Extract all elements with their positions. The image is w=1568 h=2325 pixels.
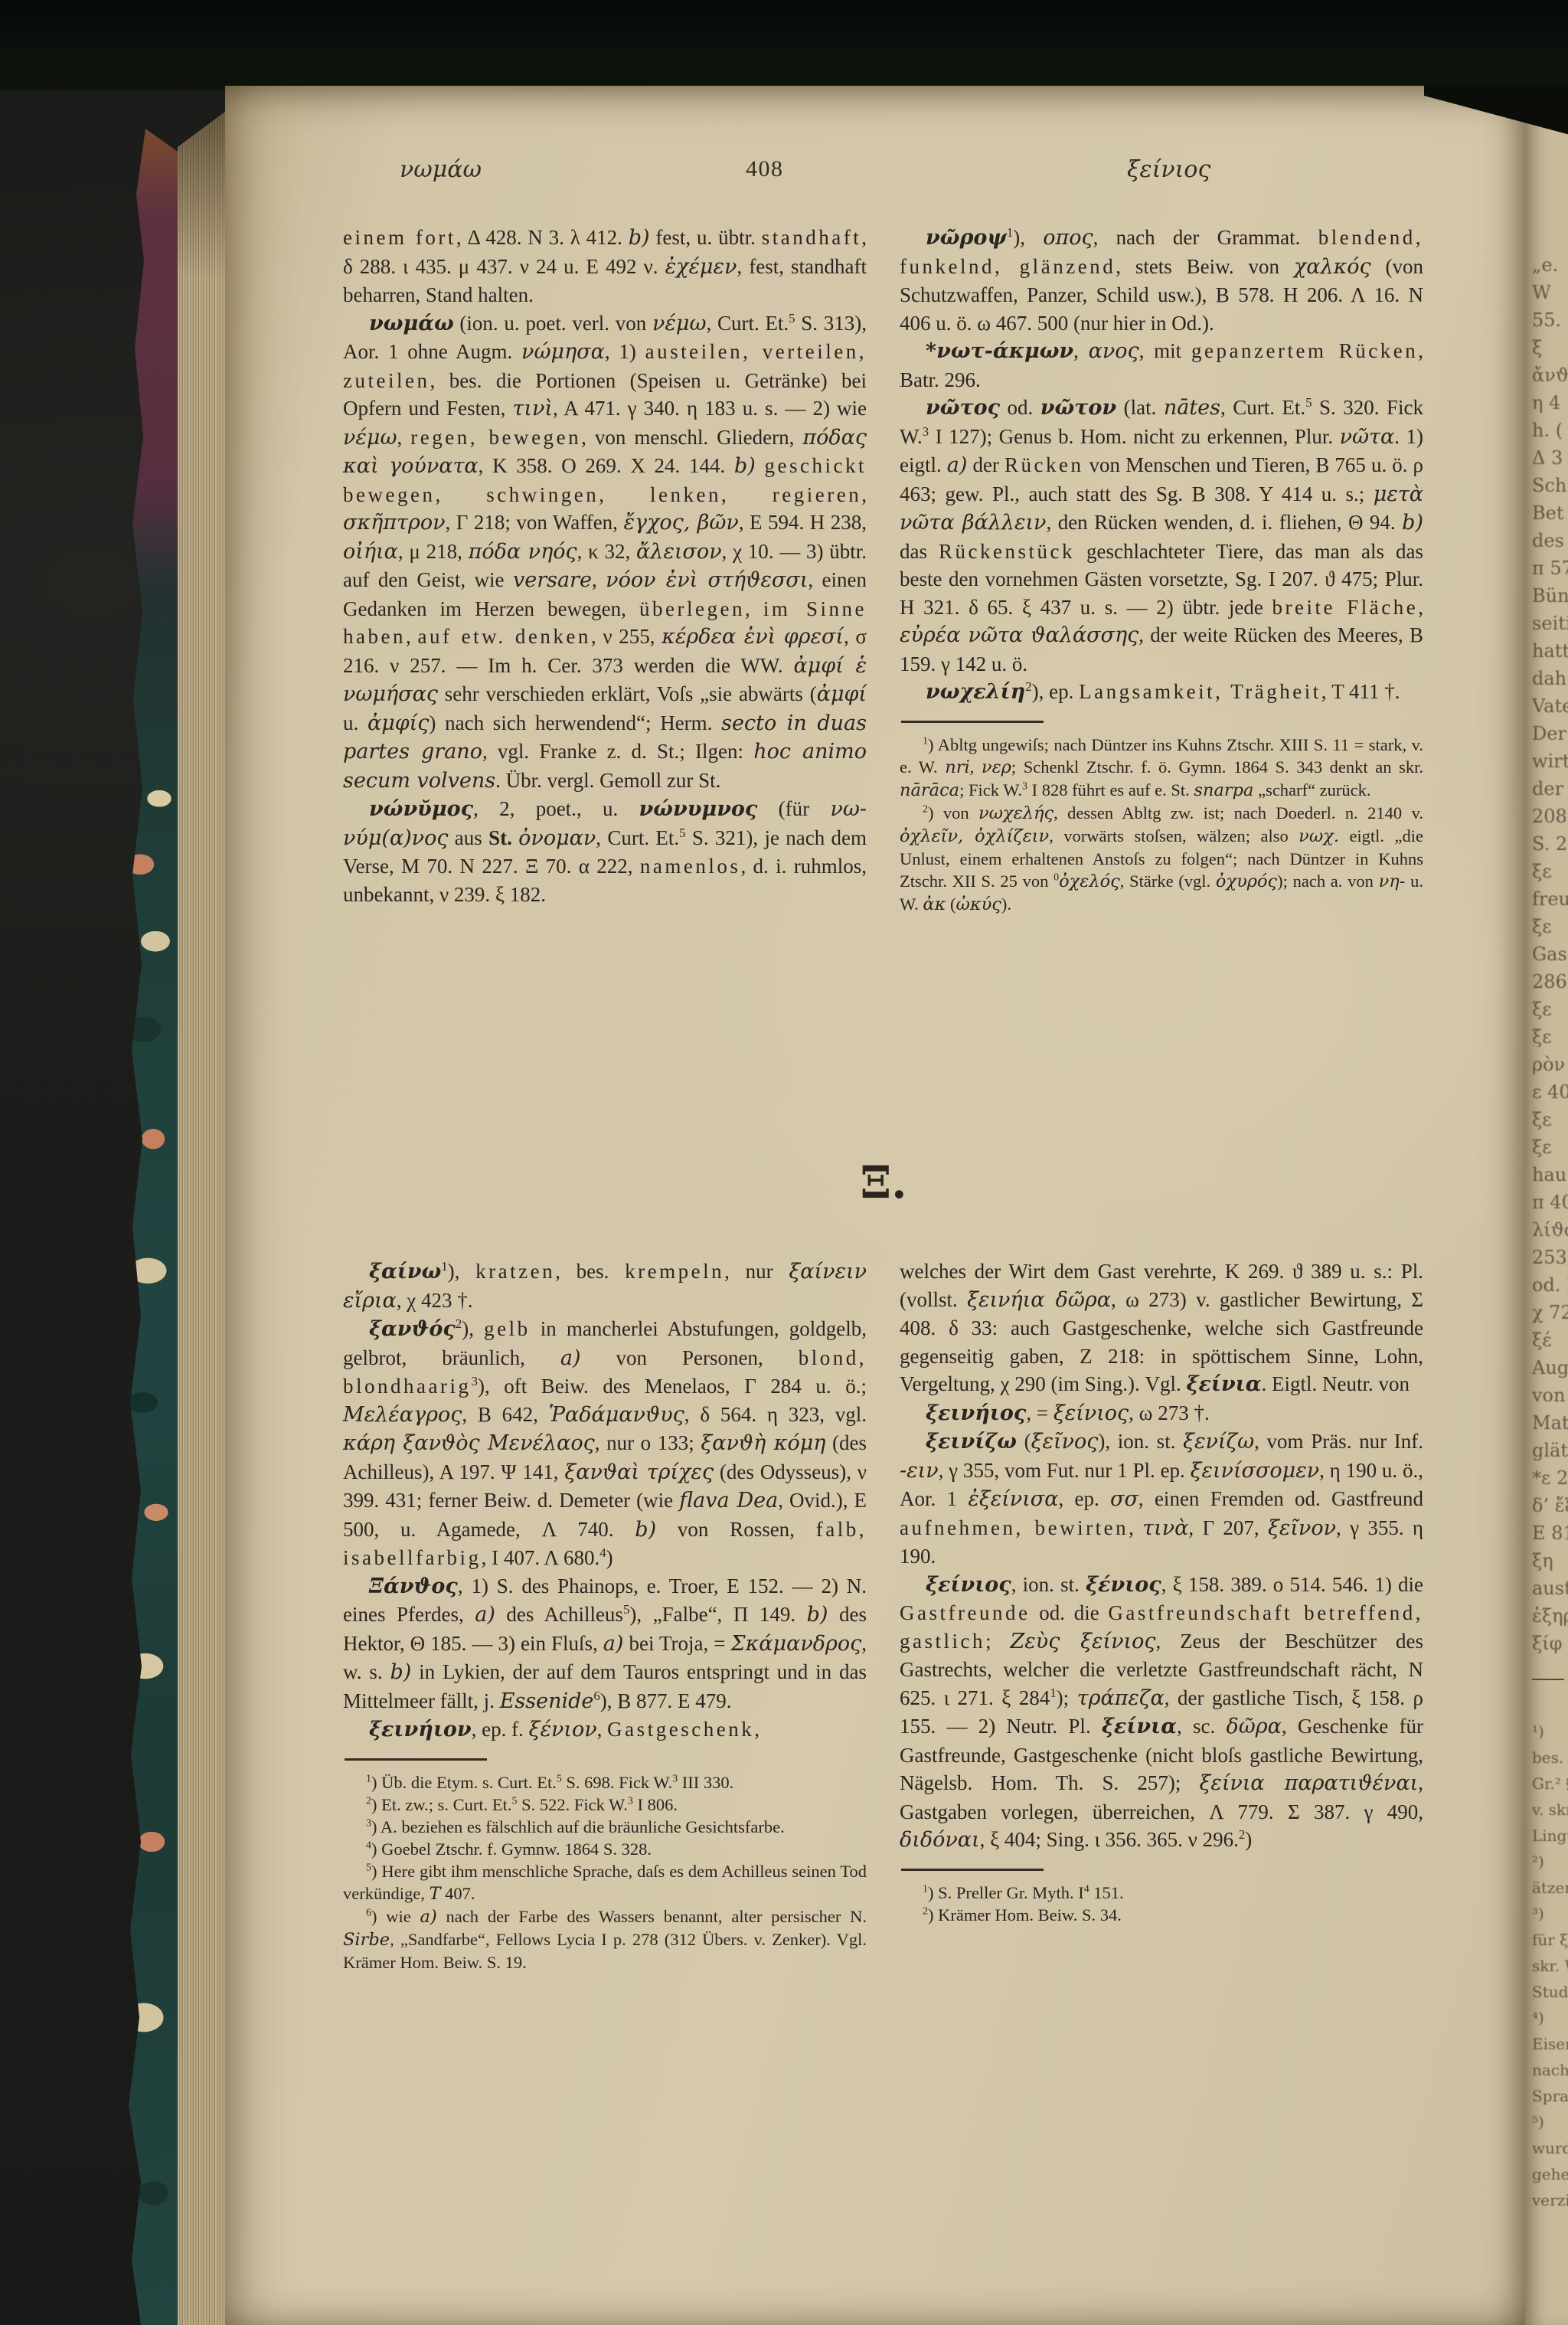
edge-text-fragment: ξη bbox=[1532, 1547, 1568, 1575]
text-segment: ἀμφίς bbox=[367, 711, 429, 735]
text-segment: 1 bbox=[923, 1883, 928, 1895]
edge-text-fragment: ρὸν bbox=[1532, 1051, 1568, 1078]
text-segment: ) bbox=[606, 1546, 613, 1569]
text-segment: 3 bbox=[923, 424, 929, 439]
text-segment: ) Üb. die Etym. s. Curt. Et. bbox=[371, 1773, 557, 1792]
text-segment: ξαίνω bbox=[369, 1260, 441, 1283]
text-segment: ἐξείνισα bbox=[968, 1487, 1058, 1511]
footnotes: 1) Abltg ungewiſs; nach Düntzer ins Kuhn… bbox=[900, 734, 1423, 916]
text-segment: 1 bbox=[923, 735, 928, 747]
text-segment: 3 bbox=[366, 1817, 371, 1829]
text-segment: 2 bbox=[1025, 679, 1031, 694]
text-segment: od. die bbox=[1031, 1601, 1109, 1624]
text-segment: Gastfreunde bbox=[900, 1601, 1031, 1624]
text-segment: 2 bbox=[366, 1795, 371, 1807]
edge-text-fragment: ἄνϑ bbox=[1532, 361, 1568, 389]
footnote-rule bbox=[901, 1869, 1044, 1871]
text-segment: ) Here gibt ihm menschliche Sprache, daſ… bbox=[343, 1862, 867, 1903]
header-right-keyword: ξείνιος bbox=[1127, 156, 1210, 183]
text-segment: nach der Farbe des Wassers benannt, alte… bbox=[437, 1907, 867, 1926]
text-segment: νωχελίη bbox=[926, 680, 1025, 704]
text-segment: , ep. bbox=[1058, 1487, 1110, 1510]
column-bottom-left: ξαίνω1), kratzen, bes. krempeln, nur ξαί… bbox=[343, 1257, 867, 1973]
text-segment: , bbox=[1129, 1516, 1142, 1539]
text-segment: ἔγχος, βῶν bbox=[623, 511, 738, 535]
text-segment: ὀχελός bbox=[1059, 871, 1120, 891]
text-segment: , Κ 358. Ο 269. Χ 24. 144. bbox=[479, 454, 734, 477]
text-segment: I 828 führt es auf e. St. bbox=[1027, 780, 1194, 800]
text-segment: ) wie bbox=[371, 1907, 420, 1926]
text-segment: , χ 423 †. bbox=[397, 1289, 473, 1312]
edge-text-fragment: Gr.² § bbox=[1532, 1771, 1568, 1797]
text-segment: , bes. bbox=[555, 1260, 625, 1283]
text-segment: ξείνιος bbox=[926, 1573, 1011, 1597]
footnote: 4) Goebel Ztschr. f. Gymnw. 1864 S. 328. bbox=[343, 1838, 867, 1860]
text-segment: namenlos bbox=[640, 855, 741, 878]
text-segment: ξανϑὴ κόμη bbox=[701, 1431, 825, 1455]
text-segment: 6 bbox=[366, 1907, 371, 1918]
edge-text-fragment: η 4 bbox=[1532, 389, 1568, 417]
text-segment: , bbox=[597, 1718, 608, 1741]
text-segment: ξείνια bbox=[1102, 1715, 1177, 1738]
edge-text-fragment: 208. bbox=[1532, 803, 1568, 830]
edge-text-fragment: ³) bbox=[1532, 1901, 1568, 1927]
text-segment: ) Et. zw.; s. Curt. Et. bbox=[371, 1795, 512, 1814]
text-segment: , Τ 411 †. bbox=[1321, 680, 1400, 703]
edge-text-fragment: W bbox=[1532, 279, 1568, 306]
edge-text-fragment: *ε 24 bbox=[1532, 1464, 1568, 1492]
text-segment: δῶρα bbox=[1226, 1715, 1281, 1738]
edge-text-fragment: ξε bbox=[1532, 1133, 1568, 1161]
edge-text-fragment: Mate bbox=[1532, 1409, 1568, 1437]
edge-text-fragment: v. skr. bbox=[1532, 1797, 1568, 1823]
text-segment: ), „Falbe“, Π 149. bbox=[629, 1603, 806, 1626]
text-segment: ) bbox=[1245, 1828, 1252, 1851]
edge-text-fragment: ¹) bbox=[1532, 1718, 1568, 1745]
text-segment: , bbox=[1418, 596, 1423, 619]
text-segment: auf etw. denken bbox=[417, 625, 590, 648]
text-segment: nātes bbox=[1164, 396, 1220, 420]
dictionary-paragraph: welches der Wirt dem Gast verehrte, Κ 26… bbox=[900, 1257, 1423, 1399]
entry-paragraphs: νῶροψ1), οπος, nach der Grammat. blenden… bbox=[900, 224, 1423, 707]
text-segment: , sc. bbox=[1177, 1715, 1226, 1738]
text-segment: ξανϑαὶ τρίχες bbox=[564, 1460, 714, 1484]
column-top-left: einem fort, Δ 428. Ν 3. λ 412. b) fest, … bbox=[343, 224, 867, 908]
text-segment: , bbox=[745, 597, 763, 620]
edge-text-fragment: ξέ bbox=[1532, 1326, 1568, 1354]
text-segment: , Stärke (vgl. bbox=[1120, 871, 1216, 891]
text-segment: , ν 255, bbox=[591, 625, 661, 648]
text-segment: b) bbox=[734, 454, 756, 478]
edge-text-fragment: Stud. Ι bbox=[1532, 1979, 1568, 2005]
edge-text-fragment: verzier bbox=[1532, 2187, 1568, 2213]
text-segment: τράπεζα bbox=[1077, 1686, 1165, 1710]
text-segment: a) bbox=[420, 1907, 437, 1927]
entry-paragraphs: ξαίνω1), kratzen, bes. krempeln, nur ξαί… bbox=[343, 1257, 867, 1745]
dictionary-paragraph: νώνῠμος, 2, poet., u. νώνυμνος (für νω-ν… bbox=[343, 795, 867, 908]
edge-text-fragment: od. Ε bbox=[1532, 1271, 1568, 1299]
text-segment: , 2, poet., u. bbox=[473, 797, 639, 820]
text-segment: der bbox=[967, 453, 1004, 476]
text-segment: gepanzertem Rücken bbox=[1191, 339, 1418, 362]
edge-text-fragment: Vate bbox=[1532, 692, 1568, 720]
text-segment: , Curt. Et. bbox=[596, 826, 679, 849]
entry-paragraphs: welches der Wirt dem Gast verehrte, Κ 26… bbox=[900, 1257, 1423, 1855]
edge-text-fragment: ätzend bbox=[1532, 1875, 1568, 1901]
text-segment: ), bbox=[462, 1317, 484, 1340]
text-segment: (lat. bbox=[1116, 396, 1164, 419]
text-segment: ; Fick W. bbox=[959, 780, 1022, 800]
text-segment: Μελέαγρος bbox=[343, 1403, 462, 1427]
text-segment: T bbox=[429, 1884, 440, 1904]
text-segment: „scharf“ zurück. bbox=[1253, 780, 1370, 800]
marbled-cover-edge bbox=[106, 129, 182, 2325]
text-segment: διδόναι bbox=[900, 1828, 980, 1852]
text-segment: gelb bbox=[484, 1317, 531, 1340]
text-segment: überlegen bbox=[639, 597, 745, 620]
text-segment: , ep. f. bbox=[472, 1718, 529, 1741]
text-segment: ( bbox=[946, 894, 955, 914]
text-segment: , nach der Grammat. bbox=[1093, 226, 1318, 249]
text-segment: 151. bbox=[1089, 1883, 1124, 1902]
edge-text-fragment: ξ bbox=[1532, 334, 1568, 361]
edge-text-fragment: Augm bbox=[1532, 1354, 1568, 1382]
text-segment: kratzen bbox=[475, 1260, 555, 1283]
text-segment: σκῆπτρον bbox=[343, 511, 446, 535]
text-segment: πόδα νηός bbox=[469, 540, 577, 564]
text-segment: νώνῠμος bbox=[369, 797, 473, 821]
footnotes: 1) Üb. die Etym. s. Curt. Et.5 S. 698. F… bbox=[343, 1771, 867, 1973]
text-segment: S. 698. Fick W. bbox=[562, 1773, 672, 1792]
text-segment: , vorwärts stoſsen, wälzen; also bbox=[1049, 826, 1298, 845]
text-segment: , bbox=[397, 426, 410, 449]
text-segment: ); nach a. von bbox=[1277, 871, 1378, 891]
edge-text-fragment: wurde bbox=[1532, 2135, 1568, 2161]
text-segment: , bbox=[1073, 339, 1089, 362]
text-segment: , κ 32, bbox=[577, 540, 636, 563]
edge-text-fragment: π 57 bbox=[1532, 554, 1568, 582]
dictionary-paragraph: νωχελίη2), ep. Langsamkeit, Trägheit, Τ … bbox=[900, 678, 1423, 707]
text-segment: , Curt. Et. bbox=[706, 312, 789, 335]
edge-text-fragment: Ε 81. bbox=[1532, 1519, 1568, 1547]
dictionary-paragraph: νωμάω (ion. u. poet. verl. von νέμω, Cur… bbox=[343, 309, 867, 796]
dictionary-paragraph: νῶροψ1), οπος, nach der Grammat. blenden… bbox=[900, 224, 1423, 337]
edge-text-fragment: des bbox=[1532, 527, 1568, 554]
text-segment: das bbox=[900, 540, 939, 563]
text-segment: νώνυμνος bbox=[639, 797, 758, 821]
edge-text-fragment: Lingui bbox=[1532, 1823, 1568, 1849]
text-segment: νῶτος bbox=[926, 396, 1000, 420]
text-segment: a) bbox=[475, 1603, 495, 1627]
text-segment: , ξ 404; Sing. ι 356. 365. ν 296. bbox=[980, 1828, 1239, 1851]
next-page-edge: „e.W55.ξἄνϑη 4h. (Δ 3SchBetdesπ 57Bünsei… bbox=[1525, 112, 1568, 2325]
dictionary-page: νωμάω 408 ξείνιος einem fort, Δ 428. Ν 3… bbox=[225, 86, 1525, 2325]
dictionary-paragraph: ξεινίζω (ξεῖνος), ion. st. ξενίζω, vom P… bbox=[900, 1427, 1423, 1571]
edge-text-fragment: ξε bbox=[1532, 913, 1568, 940]
edge-text-fragment: S. 2 bbox=[1532, 830, 1568, 858]
text-segment: , bbox=[406, 625, 417, 648]
dictionary-paragraph: νῶτος od. νῶτον (lat. nātes, Curt. Et.5 … bbox=[900, 394, 1423, 678]
text-segment: 5 bbox=[1305, 395, 1312, 410]
text-segment: κέρδεα ἐνὶ φρεσί bbox=[661, 625, 844, 649]
text-segment: 1 bbox=[441, 1259, 447, 1274]
text-segment: νωμάω bbox=[369, 312, 454, 335]
footnote: 1) Üb. die Etym. s. Curt. Et.5 S. 698. F… bbox=[343, 1771, 867, 1794]
footnote: 1) S. Preller Gr. Myth. I4 151. bbox=[900, 1882, 1423, 1904]
text-segment: 407. bbox=[440, 1884, 475, 1903]
text-segment: des Achilleus bbox=[495, 1603, 623, 1626]
dictionary-paragraph: Ξάνϑος, 1) S. des Phainops, e. Troer, Ε … bbox=[343, 1572, 867, 1716]
text-segment: b) bbox=[390, 1660, 411, 1684]
text-segment: sehr verschieden erklärt, Voſs „sie abwä… bbox=[438, 682, 817, 705]
text-segment: , vgl. Franke z. d. St.; Ilgen: bbox=[482, 740, 753, 763]
text-segment: σσ bbox=[1110, 1487, 1138, 1511]
dictionary-paragraph: ξείνιος, ion. st. ξένιος, ξ 158. 389. ο … bbox=[900, 1571, 1423, 1855]
edge-text-fragment: ε 40 bbox=[1532, 1078, 1568, 1106]
edge-text-fragment: wirt bbox=[1532, 747, 1568, 775]
text-segment: ). bbox=[1001, 894, 1011, 914]
edge-text-fragment: glät bbox=[1532, 1437, 1568, 1464]
text-segment: Rückenstück bbox=[939, 540, 1075, 563]
text-segment: b) bbox=[807, 1603, 828, 1627]
text-segment: 2 bbox=[456, 1316, 462, 1331]
text-segment: 5 bbox=[789, 311, 795, 325]
text-segment: ξεῖνος bbox=[1031, 1430, 1099, 1454]
edge-text-fragment: seiti bbox=[1532, 610, 1568, 637]
text-segment: Sirbe bbox=[343, 1930, 390, 1950]
text-segment: νερ bbox=[982, 757, 1011, 777]
text-segment: , bbox=[592, 568, 606, 591]
text-segment: ), Β 877. Ε 479. bbox=[600, 1689, 732, 1712]
text-segment: νη- bbox=[1379, 871, 1406, 891]
page-number: 408 bbox=[746, 156, 784, 182]
edge-fragments-top: „e.W55.ξἄνϑη 4h. (Δ 3SchBetdesπ 57Bünsei… bbox=[1532, 251, 1568, 1189]
text-segment: 5 bbox=[366, 1862, 371, 1873]
text-segment: ὀχλεῖν, ὀχλίζειν bbox=[900, 826, 1049, 846]
text-segment: ( bbox=[1017, 1430, 1031, 1453]
edge-text-fragment: ξε bbox=[1532, 996, 1568, 1023]
footnote: 3) A. beziehen es fälschlich auf die brä… bbox=[343, 1816, 867, 1838]
edge-text-fragment: dah bbox=[1532, 665, 1568, 692]
text-segment: ), bbox=[448, 1260, 475, 1283]
text-segment: , 1) bbox=[605, 340, 645, 363]
text-segment: ἀμφί bbox=[817, 682, 867, 706]
text-segment: Rücken bbox=[1004, 453, 1084, 476]
text-segment: ) von bbox=[928, 803, 978, 822]
text-segment: u. bbox=[343, 711, 367, 734]
text-segment: ) A. beziehen es fälschlich auf die bräu… bbox=[371, 1817, 785, 1836]
text-segment: Langsamkeit, Trägheit bbox=[1079, 680, 1321, 703]
dictionary-paragraph: ξεινήιος, = ξείνιος, ω 273 †. bbox=[900, 1399, 1423, 1428]
text-segment: od. bbox=[1000, 396, 1040, 419]
text-segment: S. 522. Fick W. bbox=[517, 1795, 627, 1814]
text-segment: Σκάμανδρος bbox=[731, 1632, 862, 1656]
background-top-shadow bbox=[0, 0, 1568, 90]
edge-text-fragment: 286. bbox=[1532, 968, 1568, 996]
text-segment: , bbox=[754, 1718, 759, 1741]
text-segment: , Curt. Et. bbox=[1220, 396, 1305, 419]
text-segment: von Rossen, bbox=[656, 1518, 816, 1541]
text-segment: νῶροψ bbox=[926, 226, 1007, 250]
text-segment: St. bbox=[488, 826, 512, 849]
text-segment: , δ 564. η 323, vgl. bbox=[684, 1403, 867, 1426]
edge-text-fragment: freu bbox=[1532, 885, 1568, 913]
text-segment: οπος bbox=[1043, 226, 1093, 250]
text-segment: 2 bbox=[1239, 1827, 1245, 1842]
text-segment: νώμησα bbox=[521, 340, 605, 364]
edge-text-fragment: ²) bbox=[1532, 1849, 1568, 1875]
text-segment: ανος bbox=[1089, 339, 1139, 363]
footnote-rule bbox=[901, 721, 1044, 723]
entry-paragraphs: einem fort, Δ 428. Ν 3. λ 412. b) fest, … bbox=[343, 224, 867, 908]
text-segment: ; Schenkl Ztschr. f. ö. Gymn. 1864 S. 34… bbox=[1011, 757, 1423, 777]
edge-text-fragment: h. ( bbox=[1532, 417, 1568, 444]
text-segment: ξεινήιον bbox=[369, 1718, 472, 1741]
edge-text-fragment: δ’ ἔξ bbox=[1532, 1492, 1568, 1519]
text-segment: , = bbox=[1026, 1401, 1053, 1424]
text-segment: ἐχέμεν bbox=[665, 255, 737, 279]
text-segment: ξεινήια δῶρα bbox=[967, 1288, 1111, 1312]
text-segment: Essenide bbox=[500, 1689, 594, 1713]
text-segment: 3 bbox=[1022, 780, 1027, 792]
edge-text-fragment: Eisen bbox=[1532, 2031, 1568, 2057]
text-segment: nri bbox=[945, 757, 969, 777]
text-segment: νωχ. bbox=[1298, 826, 1339, 846]
text-segment: τινὶ bbox=[512, 397, 553, 420]
footnote: 2) Krämer Hom. Beiw. S. 34. bbox=[900, 1904, 1423, 1926]
text-segment: νῶτον bbox=[1040, 396, 1116, 420]
edge-text-fragment: „e. bbox=[1532, 251, 1568, 279]
edge-text-fragment: Sprach bbox=[1532, 2083, 1568, 2109]
edge-fragments-footnotes: ¹)bes. ΒGr.² §v. skr.Lingui²)ätzend³)für… bbox=[1532, 1718, 1568, 2213]
text-segment: ξανϑός bbox=[369, 1317, 456, 1341]
text-segment: νωχελής bbox=[978, 803, 1053, 823]
footnote: 2) Et. zw.; s. Curt. Et.5 S. 522. Fick W… bbox=[343, 1794, 867, 1816]
dictionary-paragraph: ξαίνω1), kratzen, bes. krempeln, nur ξαί… bbox=[343, 1257, 867, 1315]
edge-text-fragment: für ξί bbox=[1532, 1927, 1568, 1953]
edge-text-fragment: gehenk bbox=[1532, 2161, 1568, 2187]
text-segment: Gastgeschenk bbox=[607, 1718, 754, 1741]
edge-text-fragment: von bbox=[1532, 1382, 1568, 1409]
text-segment: -ειν bbox=[900, 1459, 939, 1483]
edge-text-fragment: Bet bbox=[1532, 499, 1568, 527]
section-divider-xi: Ξ. bbox=[838, 1156, 929, 1208]
text-segment: breite Fläche bbox=[1272, 596, 1419, 619]
text-segment: 4 bbox=[599, 1545, 606, 1560]
text-segment: χαλκός bbox=[1294, 255, 1371, 279]
text-segment: (ion. u. poet. verl. von bbox=[454, 312, 652, 335]
text-segment: . Eigtl. Neutr. von bbox=[1262, 1372, 1410, 1395]
text-segment: . Übr. vergl. Gemoll zur St. bbox=[495, 769, 720, 792]
text-segment: , nur ο 133; bbox=[595, 1431, 701, 1454]
text-segment: ξένιον bbox=[529, 1718, 597, 1741]
text-segment: I 127); Genus b. Hom. nicht zu erkennen,… bbox=[929, 425, 1340, 448]
text-segment: , γ 355, vom Fut. nur 1 Pl. ep. bbox=[939, 1459, 1191, 1482]
edge-text-fragment: aust bbox=[1532, 1575, 1568, 1602]
text-segment: ξείνια bbox=[1186, 1372, 1261, 1396]
text-segment: , Ε 594. Η 238, bbox=[739, 511, 867, 534]
text-segment: III 330. bbox=[678, 1773, 733, 1792]
edge-text-fragment: der bbox=[1532, 775, 1568, 803]
text-segment: versare bbox=[513, 568, 592, 592]
text-segment: ὠκύς bbox=[956, 894, 1001, 914]
edge-text-fragment: hatt bbox=[1532, 637, 1568, 665]
text-segment: 2 bbox=[923, 803, 928, 815]
dictionary-paragraph: ξεινήιον, ep. f. ξένιον, Gastgeschenk, bbox=[343, 1715, 867, 1745]
text-segment: 1 bbox=[1007, 225, 1013, 240]
text-segment: ), bbox=[1013, 226, 1043, 249]
text-segment: 3 bbox=[628, 1795, 633, 1807]
text-segment: ), ep. bbox=[1032, 680, 1079, 703]
text-segment: von Personen, bbox=[581, 1346, 799, 1369]
text-segment: , Δ 428. Ν 3. λ 412. bbox=[456, 226, 629, 249]
text-segment: , Γ 218; von Waffen, bbox=[446, 511, 624, 534]
text-segment: ἀκ bbox=[923, 894, 946, 914]
footnotes: 1) S. Preller Gr. Myth. I4 151.2) Krämer… bbox=[900, 1882, 1423, 1926]
text-segment: 2 bbox=[923, 1905, 928, 1917]
text-segment: ) nach sich herwendend“; Herm. bbox=[429, 711, 721, 734]
text-segment: (für bbox=[757, 797, 830, 820]
edge-text-fragment: π 40 bbox=[1532, 1189, 1568, 1216]
edge-footnote-rule bbox=[1532, 1679, 1564, 1680]
text-segment: ὀνομαν bbox=[518, 826, 596, 850]
text-segment: Ξάνϑος bbox=[369, 1575, 458, 1598]
edge-text-fragment: ξε bbox=[1532, 858, 1568, 885]
text-segment: flava Dea bbox=[679, 1489, 778, 1512]
text-segment: regen, bewegen bbox=[410, 426, 581, 449]
text-segment: νέμω bbox=[343, 426, 397, 450]
edge-text-fragment: χ 72; bbox=[1532, 1299, 1568, 1326]
text-segment: ξείνιος bbox=[1053, 1401, 1129, 1425]
text-segment: , „Sandfarbe“, Fellows Lycia I p. 278 (3… bbox=[343, 1930, 867, 1972]
text-segment: ) S. Preller Gr. Myth. I bbox=[928, 1883, 1084, 1902]
edge-text-fragment: ⁴) bbox=[1532, 2005, 1568, 2031]
text-segment: 4 bbox=[366, 1839, 371, 1851]
text-segment: νόον ἐνὶ στήϑεσσι bbox=[606, 568, 808, 592]
text-segment: 1 bbox=[366, 1773, 371, 1784]
edge-text-fragment: ⁵) bbox=[1532, 2109, 1568, 2135]
text-segment: ξεινίζω bbox=[926, 1430, 1017, 1454]
text-segment bbox=[512, 826, 518, 849]
text-segment: ξείνια παρατιϑέναι bbox=[1199, 1771, 1418, 1795]
text-segment: 3 bbox=[472, 1374, 478, 1388]
text-segment: 5 bbox=[557, 1773, 562, 1784]
text-segment: ξεῖνον bbox=[1268, 1516, 1336, 1540]
text-segment: εὐρέα νῶτα ϑαλάσσης bbox=[900, 623, 1138, 647]
text-segment: , einen Fremden od. Gastfreund bbox=[1138, 1487, 1423, 1510]
text-segment: Ζεὺς ξείνιος bbox=[1011, 1630, 1156, 1653]
text-segment: , Β 642, bbox=[462, 1403, 548, 1426]
text-segment: , μ 218, bbox=[398, 540, 469, 563]
text-segment: ); bbox=[1057, 1686, 1077, 1709]
text-segment: , den Rücken wenden, d. i. fliehen, Θ 94… bbox=[1046, 511, 1402, 534]
edge-text-fragment: hau bbox=[1532, 1161, 1568, 1189]
text-segment: b) bbox=[629, 226, 650, 250]
text-segment: nārāca bbox=[900, 780, 959, 800]
text-segment: νῶτα bbox=[1340, 425, 1395, 449]
edge-text-fragment: Bün bbox=[1532, 582, 1568, 610]
text-segment bbox=[756, 454, 765, 477]
text-segment: ξεινήιος bbox=[926, 1401, 1026, 1425]
text-segment: κάρη ξανϑὸς Μενέλαος bbox=[343, 1431, 595, 1455]
text-segment: I 806. bbox=[633, 1795, 678, 1814]
text-segment: , vom Präs. nur Inf. bbox=[1254, 1430, 1423, 1453]
text-segment: bei Troja, = bbox=[623, 1632, 730, 1655]
edge-text-fragment: Sch bbox=[1532, 472, 1568, 499]
text-segment: Ῥαδάμανϑυς bbox=[549, 1403, 684, 1427]
edge-text-fragment: ξε bbox=[1532, 1106, 1568, 1133]
text-segment: , Ι 407. Λ 680. bbox=[482, 1546, 600, 1569]
